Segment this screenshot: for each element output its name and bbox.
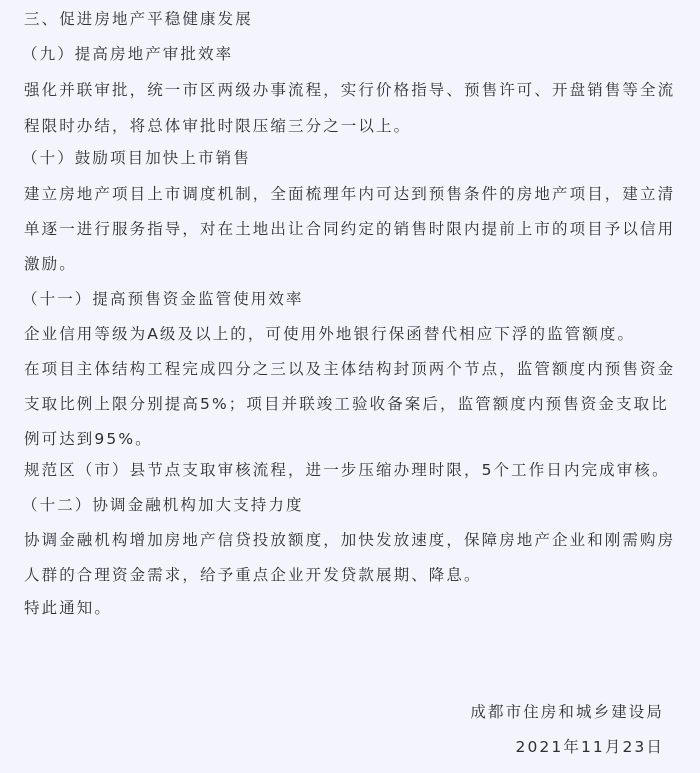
paragraph-line: 激励。 — [24, 254, 77, 274]
paragraph-line: 在项目主体结构工程完成四分之三以及主体结构封顶两个节点，监管额度内预售资金 — [24, 359, 675, 379]
paragraph-line: 强化并联审批，统一市区两级办事流程，实行价格指导、预售许可、开盘销售等全流 — [24, 80, 675, 100]
issuer-signature: 成都市住房和城乡建设局 — [470, 702, 664, 722]
closing-text: 特此通知。 — [24, 598, 112, 618]
item-11-heading: （十一）提高预售资金监管使用效率 — [22, 289, 304, 309]
item-12-heading: （十二）协调金融机构加大支持力度 — [22, 495, 304, 515]
paragraph-line: 协调金融机构增加房地产信贷投放额度，加快发放速度，保障房地产企业和刚需购房 — [24, 530, 675, 550]
paragraph-line: 企业信用等级为A级及以上的，可使用外地银行保函替代相应下浮的监管额度。 — [24, 324, 635, 344]
paragraph-line: 建立房地产项目上市调度机制，全面梳理年内可达到预售条件的房地产项目，建立清 — [24, 184, 675, 204]
paragraph-line: 人群的合理资金需求，给予重点企业开发贷款展期、降息。 — [24, 565, 482, 585]
paragraph-line: 单逐一进行服务指导，对在土地出让合同约定的销售时限内提前上市的项目予以信用 — [24, 219, 675, 239]
section-heading: 三、促进房地产平稳健康发展 — [24, 9, 253, 29]
paragraph-line: 程限时办结，将总体审批时限压缩三分之一以上。 — [24, 116, 411, 136]
issue-date: 2021年11月23日 — [516, 737, 665, 757]
item-10-heading: （十）鼓励项目加快上市销售 — [22, 148, 251, 168]
item-9-heading: （九）提高房地产审批效率 — [22, 44, 233, 64]
paragraph-line: 支取比例上限分别提高5%；项目并联竣工验收备案后，监管额度内预售资金支取比 — [24, 394, 669, 414]
paragraph-line: 例可达到95%。 — [24, 429, 153, 449]
paragraph-line: 规范区（市）县节点支取审核流程，进一步压缩办理时限，5个工作日内完成审核。 — [24, 460, 670, 480]
